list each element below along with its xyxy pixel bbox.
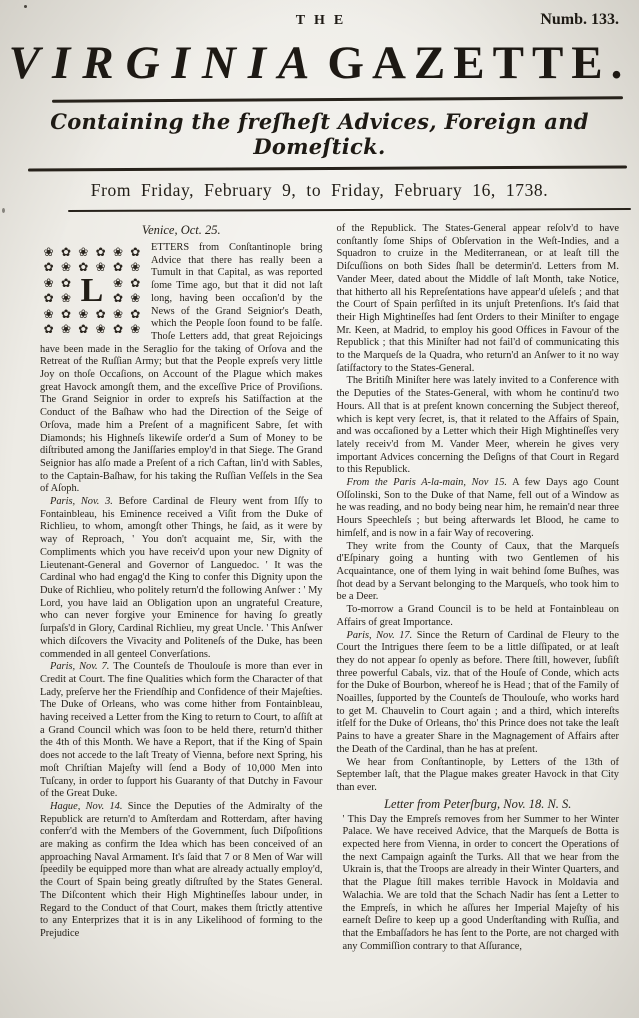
article-paris-nov3: Paris, Nov. 3. Before Cardinal de Fleury… xyxy=(40,496,323,661)
article-dateline: Paris, Nov. 7. xyxy=(50,661,109,672)
rosette-icon: ❀ xyxy=(127,291,144,307)
rosette-icon: ✿ xyxy=(57,244,74,260)
rosette-icon: ✿ xyxy=(127,244,144,260)
article-hague-continuation-text: of the Republick. The States-General app… xyxy=(337,223,620,374)
rosette-icon: ❀ xyxy=(40,244,57,260)
article-dateline: From the Paris A-la-main, Nov 15. xyxy=(347,477,508,488)
column-left: Venice, Oct. 25. ❀✿❀✿❀✿ ✿❀✿❀✿❀ ❀✿❀✿ ✿❀✿❀… xyxy=(40,223,323,953)
article-hague-nov14: Hague, Nov. 14. Since the Deputies of th… xyxy=(40,801,323,941)
article-grand-council: To-morrow a Grand Council is to be held … xyxy=(337,604,620,629)
article-caux-text: They write from the County of Caux, that… xyxy=(337,541,620,603)
dateline-venice: Venice, Oct. 25. xyxy=(40,223,323,238)
divider-rule-top xyxy=(52,96,623,102)
rosette-icon: ✿ xyxy=(127,306,144,322)
article-british-minister: The Britiſh Miniſter here was lately inv… xyxy=(337,375,620,477)
article-paris-alamain: From the Paris A-la-main, Nov 15. A few … xyxy=(337,477,620,541)
article-caux: They write from the County of Caux, that… xyxy=(337,541,620,605)
heading-petersburg-letter: Letter from Peterſburg, Nov. 18. N. S. xyxy=(337,797,620,812)
rosette-icon: ❀ xyxy=(40,306,57,322)
rosette-icon: ✿ xyxy=(40,291,57,307)
divider-rule-middle xyxy=(28,165,627,171)
ornamental-initial: ❀✿❀✿❀✿ ✿❀✿❀✿❀ ❀✿❀✿ ✿❀✿❀ ❀✿❀✿❀✿ ✿❀✿❀✿❀ L xyxy=(40,244,144,337)
rosette-icon: ❀ xyxy=(75,244,92,260)
rosette-icon: ❀ xyxy=(57,322,74,338)
article-british-minister-text: The Britiſh Miniſter here was lately inv… xyxy=(337,375,620,475)
rosette-icon: ❀ xyxy=(109,244,126,260)
scan-speck xyxy=(2,208,5,213)
paper-title-gazette: GAZETTE. xyxy=(327,37,630,89)
masthead: THE Numb. 133. VIRGINIAGAZETTE. Containi… xyxy=(0,0,639,211)
rosette-icon: ❀ xyxy=(57,260,74,276)
article-paris-nov7: Paris, Nov. 7. The Counteſs de Thoulouſe… xyxy=(40,661,323,801)
drop-cap-letter: L xyxy=(75,275,110,306)
article-paris-nov17-text: Since the Return of Cardinal de Fleury t… xyxy=(337,630,620,755)
article-paris-nov17: Paris, Nov. 17. Since the Return of Card… xyxy=(337,630,620,757)
rosette-icon: ✿ xyxy=(92,244,109,260)
rosette-icon: ❀ xyxy=(57,291,74,307)
rosette-icon: ✿ xyxy=(40,322,57,338)
rosette-icon: ❀ xyxy=(40,275,57,291)
article-hague-continuation: of the Republick. The States-General app… xyxy=(337,223,620,375)
article-constantinople: We hear from Conſtantinople, by Letters … xyxy=(337,757,620,795)
rosette-icon: ❀ xyxy=(92,322,109,338)
issue-number: Numb. 133. xyxy=(540,11,619,29)
issue-date-range: From Friday, February 9, to Friday, Febr… xyxy=(0,180,639,201)
rosette-icon: ❀ xyxy=(109,275,126,291)
rosette-icon: ✿ xyxy=(109,260,126,276)
article-petersburg-text: ' This Day the Empreſs removes from her … xyxy=(343,814,620,952)
rosette-icon: ✿ xyxy=(40,260,57,276)
article-paris-nov3-text: Before Cardinal de Fleury went from Iſſy… xyxy=(40,496,323,659)
rosette-icon: ❀ xyxy=(109,306,126,322)
rosette-icon: ✿ xyxy=(75,322,92,338)
rosette-icon: ✿ xyxy=(109,322,126,338)
rosette-icon: ✿ xyxy=(57,306,74,322)
article-dateline: Hague, Nov. 14. xyxy=(50,801,122,812)
article-hague-text: Since the Deputies of the Admiralty of t… xyxy=(40,801,323,939)
masthead-top-row: THE Numb. 133. xyxy=(0,0,639,35)
newspaper-page: THE Numb. 133. VIRGINIAGAZETTE. Containi… xyxy=(0,0,639,1018)
article-venice: ❀✿❀✿❀✿ ✿❀✿❀✿❀ ❀✿❀✿ ✿❀✿❀ ❀✿❀✿❀✿ ✿❀✿❀✿❀ L … xyxy=(40,242,323,496)
article-columns: Venice, Oct. 25. ❀✿❀✿❀✿ ✿❀✿❀✿❀ ❀✿❀✿ ✿❀✿❀… xyxy=(0,211,639,953)
article-dateline: Paris, Nov. 3. xyxy=(50,496,113,507)
paper-title-virginia: VIRGINIA xyxy=(9,37,322,89)
rosette-icon: ✿ xyxy=(127,275,144,291)
rosette-icon: ✿ xyxy=(109,291,126,307)
column-right: of the Republick. The States-General app… xyxy=(337,223,620,953)
article-petersburg-letter: ' This Day the Empreſs removes from her … xyxy=(337,814,620,954)
rosette-icon: ❀ xyxy=(127,322,144,338)
article-dateline: Paris, Nov. 17. xyxy=(347,630,413,641)
masthead-motto: Containing the freſheſt Advices, Foreign… xyxy=(0,109,639,159)
paper-title: VIRGINIAGAZETTE. xyxy=(0,36,639,90)
rosette-icon: ❀ xyxy=(127,260,144,276)
rosette-icon: ✿ xyxy=(57,275,74,291)
article-constantinople-text: We hear from Conſtantinople, by Letters … xyxy=(337,757,620,793)
article-grand-council-text: To-morrow a Grand Council is to be held … xyxy=(337,604,620,628)
article-paris-nov7-text: The Counteſs de Thoulouſe is more than e… xyxy=(40,661,323,799)
